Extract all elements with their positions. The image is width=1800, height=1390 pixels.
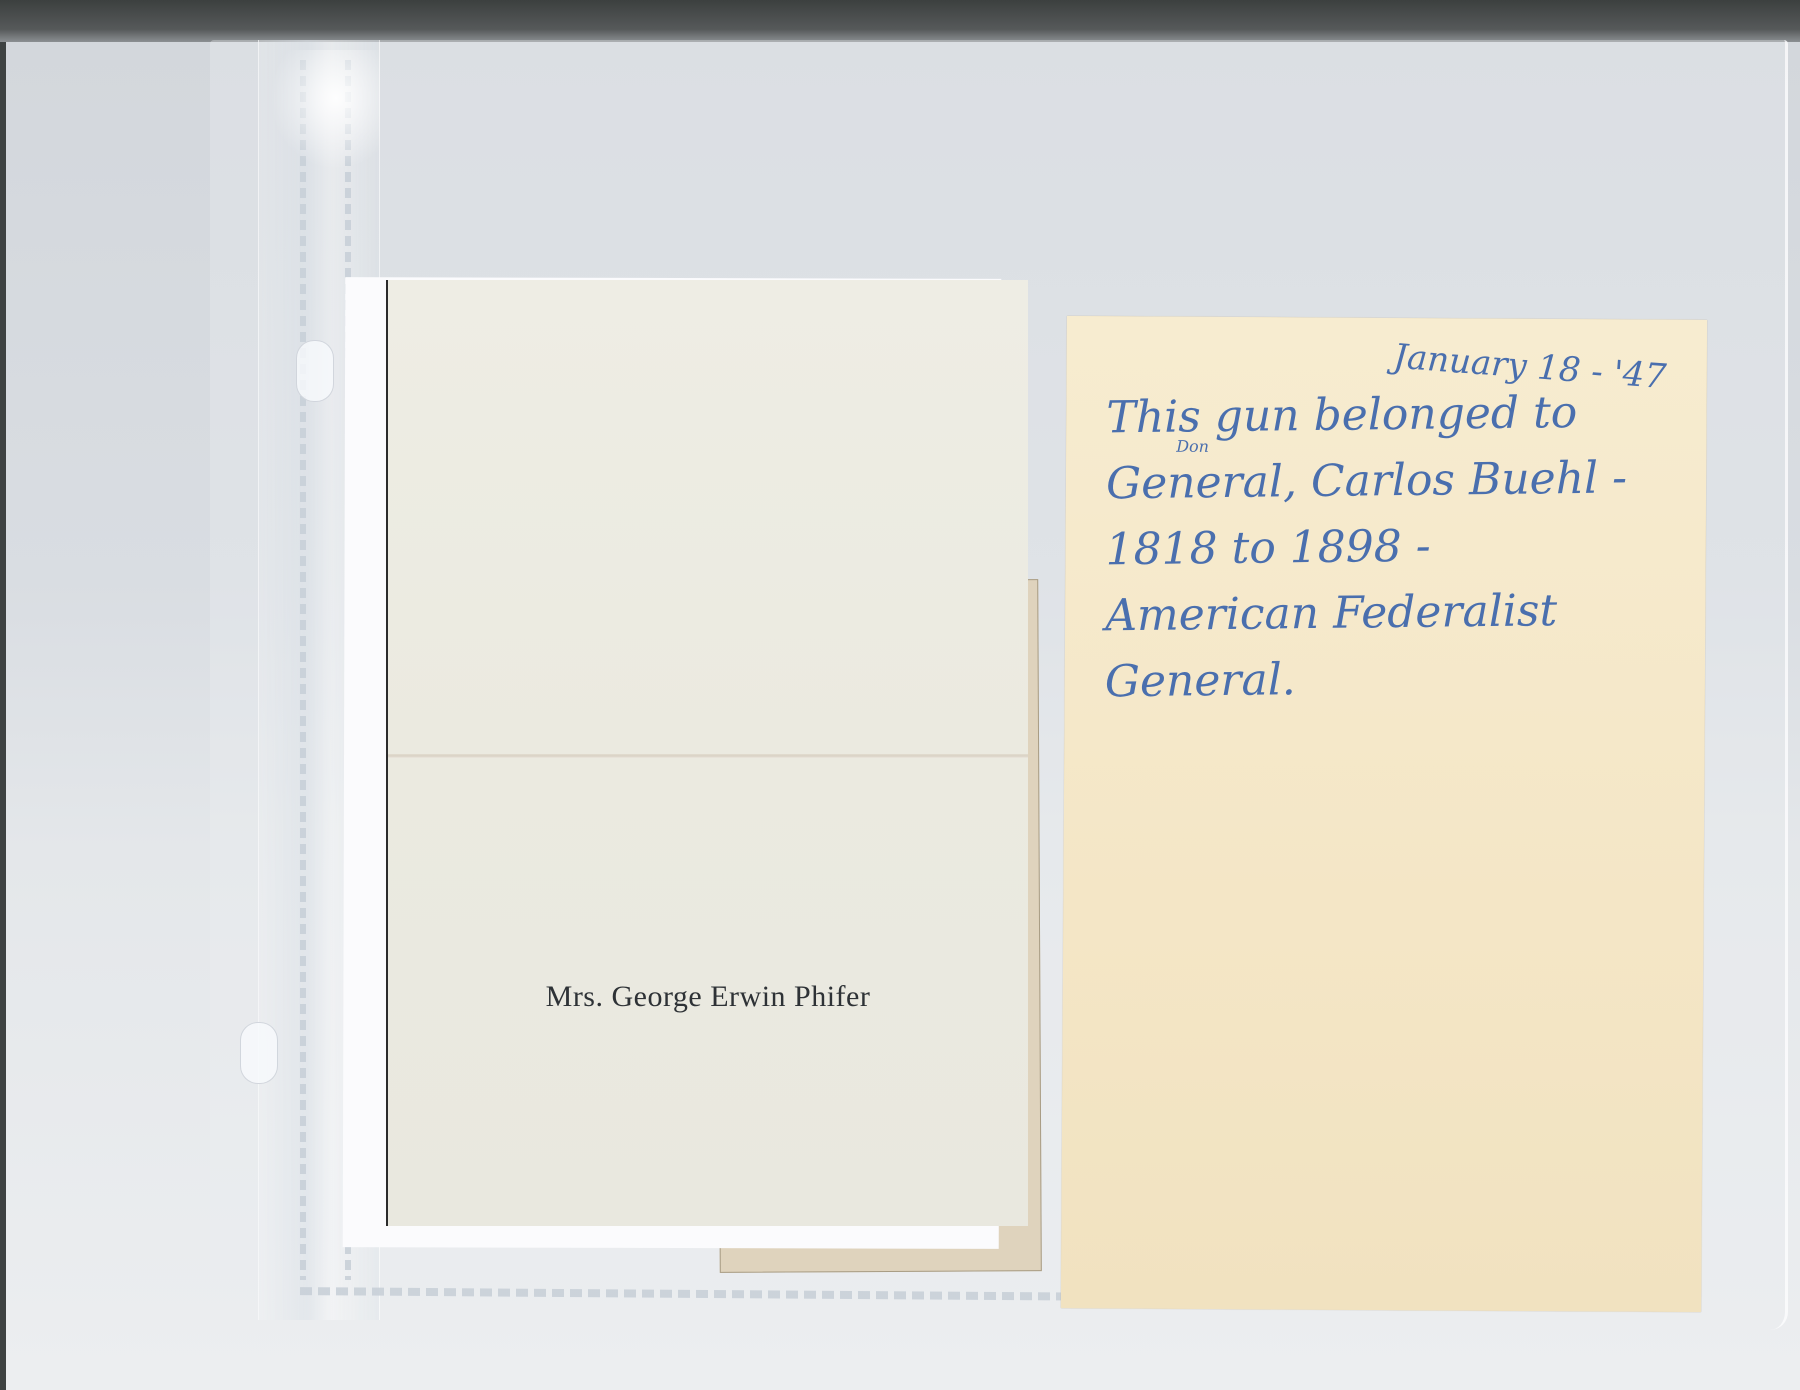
note-line: American Federalist <box>1105 577 1686 650</box>
punch-hole-icon <box>240 1022 278 1084</box>
handwritten-note: January 18 - '47 This gun belonged to Ge… <box>1105 334 1687 714</box>
scanner-left-edge <box>0 42 6 1390</box>
scanner-top-bar <box>0 0 1800 42</box>
engraved-name: Mrs. George Erwin Phifer <box>388 980 1028 1014</box>
note-line: 1818 to 1898 - <box>1105 511 1686 584</box>
note-line: General. <box>1104 643 1685 716</box>
handwritten-note-card: January 18 - '47 This gun belonged to Ge… <box>1061 316 1707 1312</box>
sleeve-glare <box>270 50 380 170</box>
punch-hole-icon <box>296 340 334 402</box>
fold-crease <box>388 754 1028 758</box>
calling-card: Mrs. George Erwin Phifer <box>386 280 1028 1226</box>
sleeve-seam-left <box>300 60 306 1280</box>
note-insertion: Don <box>1176 437 1209 456</box>
